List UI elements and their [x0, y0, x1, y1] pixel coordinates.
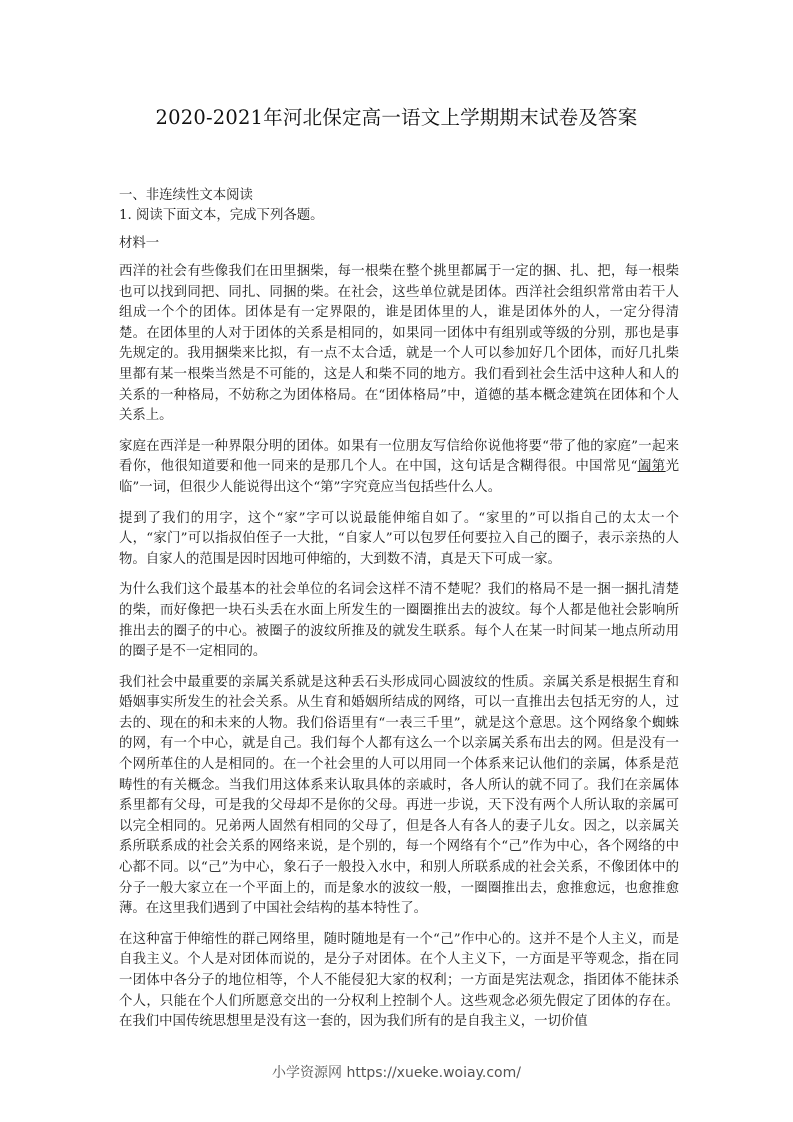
section-heading: 一、非连续性文本阅读 [119, 186, 679, 206]
document-body: 一、非连续性文本阅读 1. 阅读下面文本，完成下列各题。 材料一 西洋的社会有些… [119, 186, 679, 1033]
underlined-term: 阖第 [638, 459, 666, 474]
paragraph-3: 提到了我们的用字，这个“家”字可以说最能伸缩自如了。“家里的”可以指自己的太太一… [119, 509, 679, 571]
document-title: 2020-2021年河北保定高一语文上学期期末试卷及答案 [0, 102, 793, 130]
paragraph-6: 在这种富于伸缩性的群己网络里，随时随地是有一个“己”作中心的。这并不是个人主义，… [119, 930, 679, 1033]
watermark-footer: 小学资源网 https://xueke.woiay.com/ [0, 1062, 793, 1082]
question-prompt: 1. 阅读下面文本，完成下列各题。 [119, 206, 679, 226]
paragraph-1: 西洋的社会有些像我们在田里捆柴，每一根柴在整个挑里都属于一定的捆、扎、把，每一根… [119, 262, 679, 427]
paragraph-4: 为什么我们这个最基本的社会单位的名词会这样不清不楚呢？我们的格局不是一捆一捆扎清… [119, 580, 679, 662]
material-label: 材料一 [119, 234, 679, 254]
paragraph-2-text-a: 家庭在西洋是一种界限分明的团体。如果有一位朋友写信给你说他将要“带了他的家庭”一… [119, 439, 679, 475]
document-page: 2020-2021年河北保定高一语文上学期期末试卷及答案 一、非连续性文本阅读 … [0, 0, 793, 1122]
paragraph-2: 家庭在西洋是一种界限分明的团体。如果有一位朋友写信给你说他将要“带了他的家庭”一… [119, 437, 679, 499]
paragraph-5: 我们社会中最重要的亲属关系就是这种丢石头形成同心圆波纹的性质。亲属关系是根据生育… [119, 673, 679, 920]
